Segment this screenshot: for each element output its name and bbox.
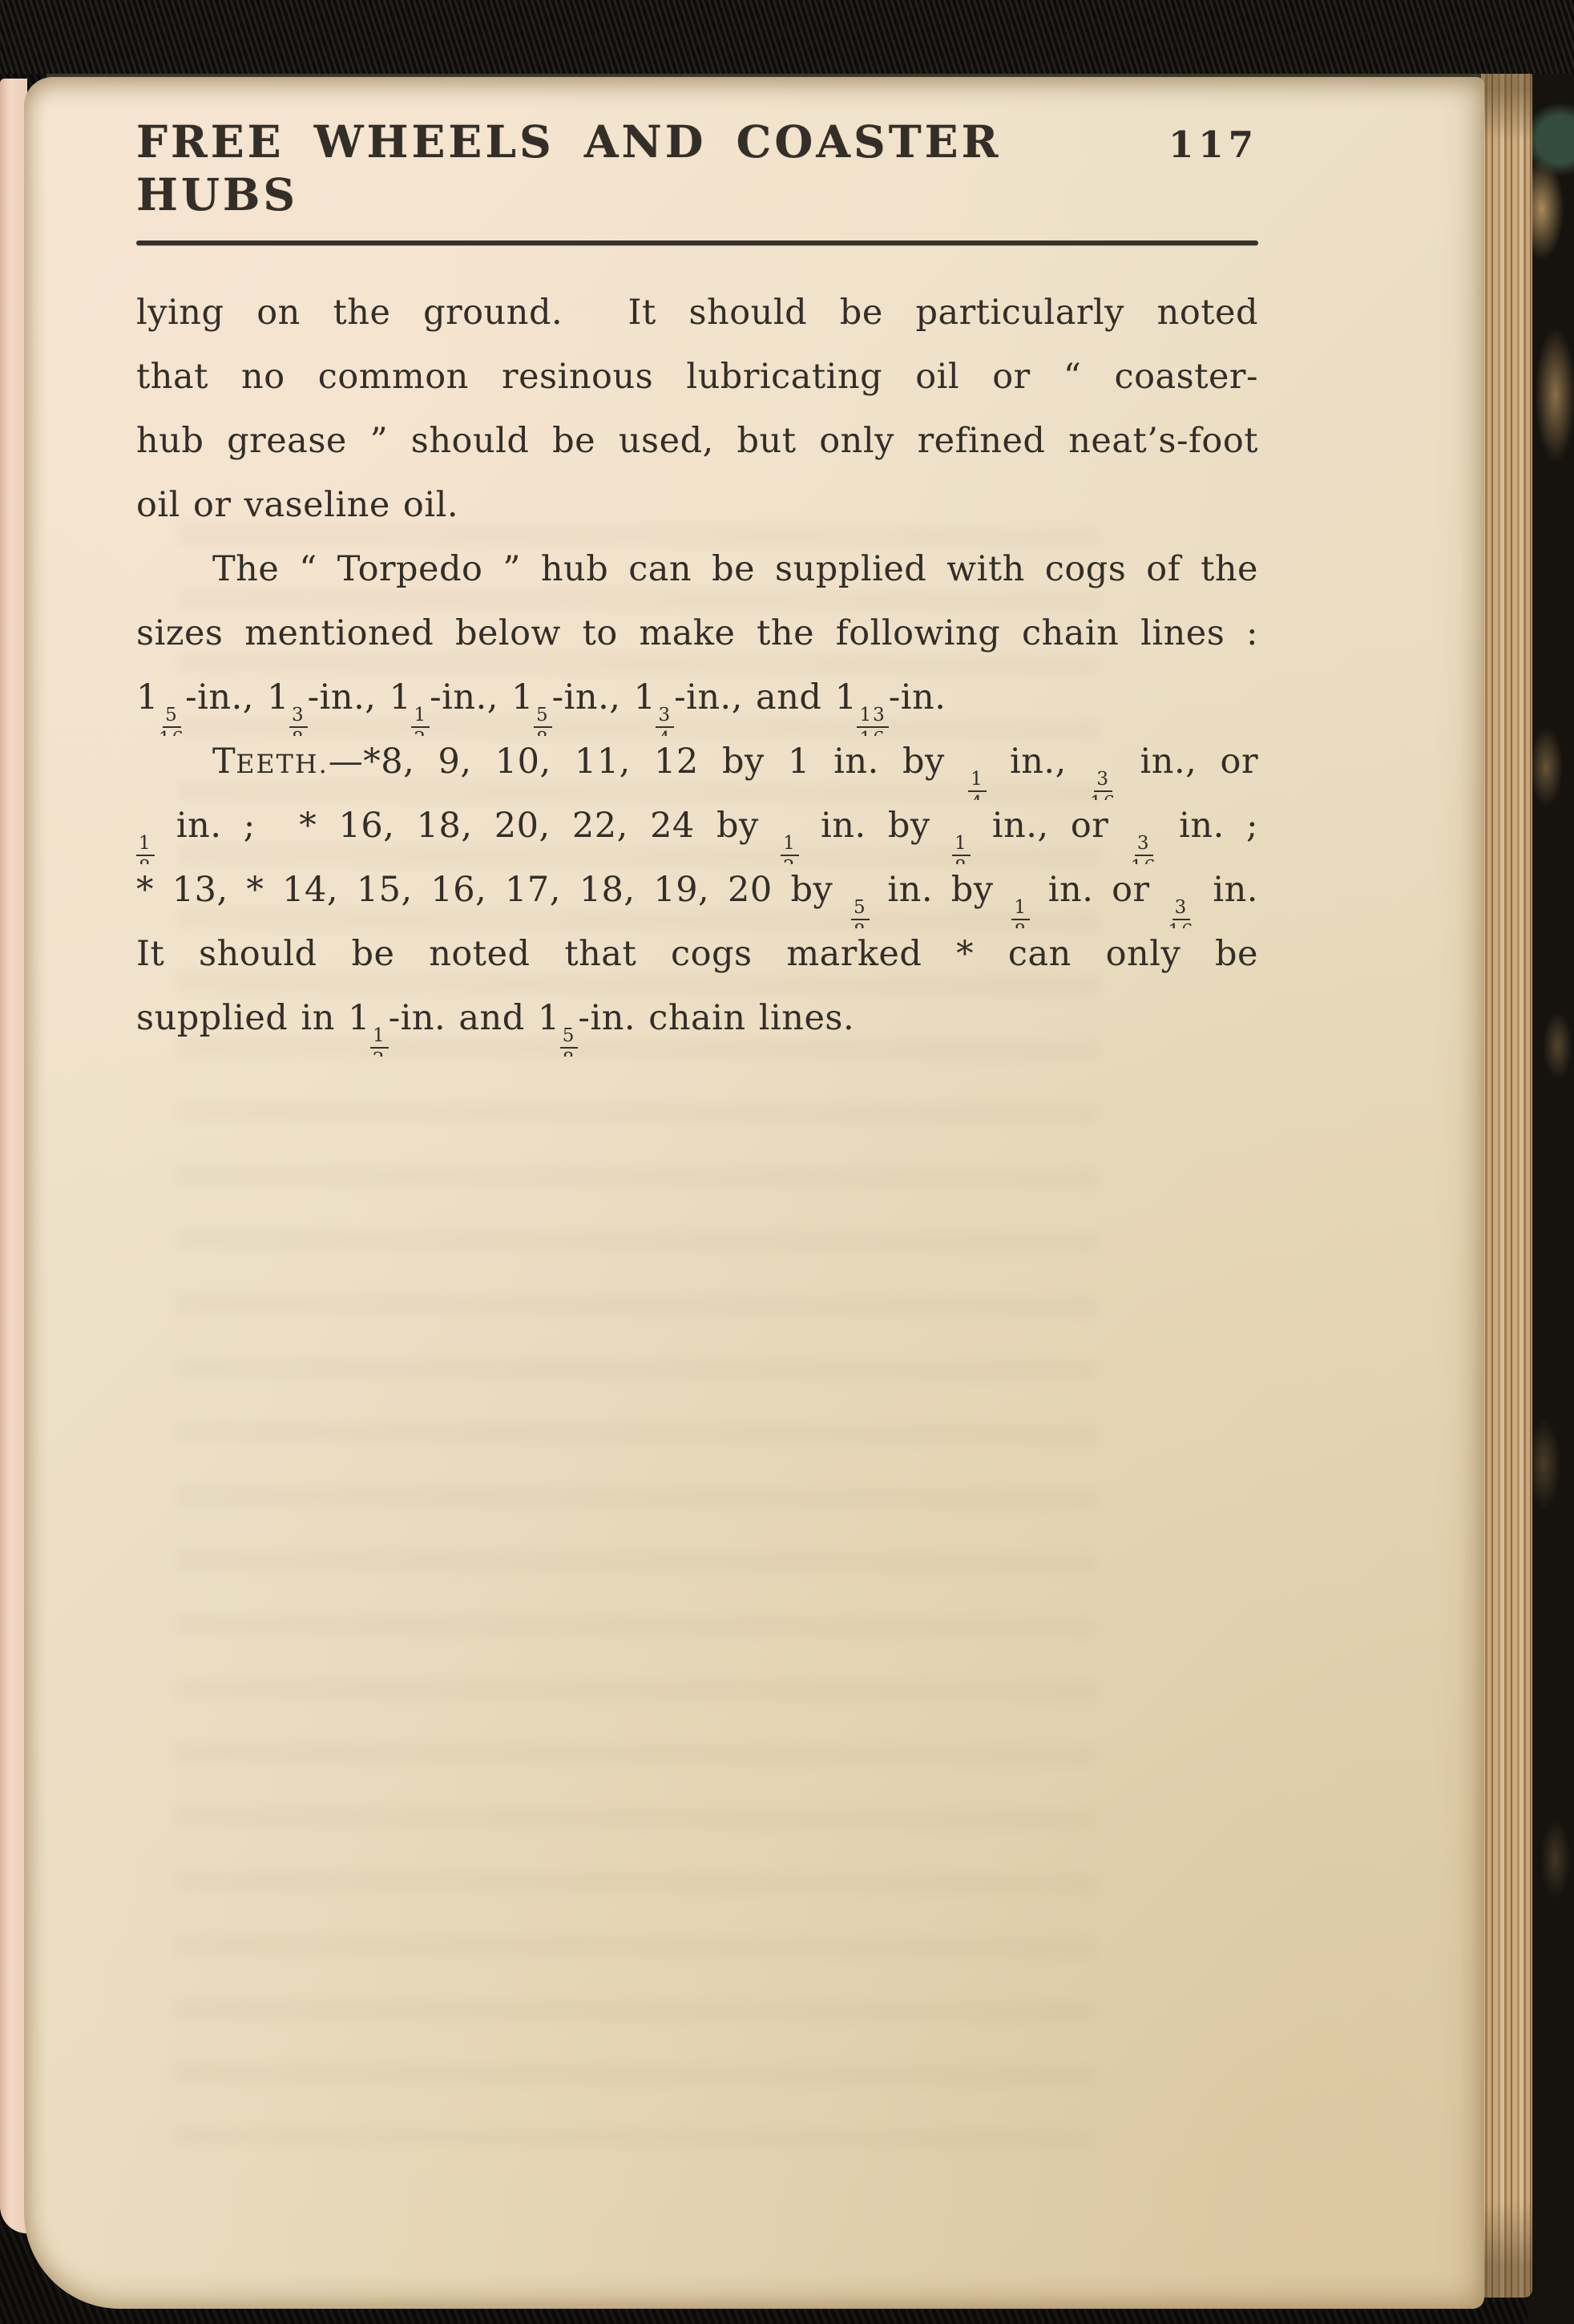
page-content: FREE WHEELS AND COASTER HUBS 117 lying o…	[136, 115, 1258, 1057]
book-page: FREE WHEELS AND COASTER HUBS 117 lying o…	[24, 77, 1484, 2309]
fraction: 12	[411, 706, 430, 736]
header-rule	[136, 240, 1258, 245]
fraction: 316	[1131, 835, 1157, 864]
page-number: 117	[1168, 119, 1258, 172]
fraction: 516	[159, 706, 185, 736]
fraction: 58	[851, 899, 870, 928]
page-fore-edge	[1481, 69, 1532, 2298]
text-line: TEETH.—*8, 9, 10, 11, 12 by 1 in. by 14 …	[136, 736, 1258, 800]
header-title: FREE WHEELS AND COASTER HUBS	[136, 115, 1168, 221]
text-line: 1516-in., 138-in., 112-in., 158-in., 134…	[136, 672, 1258, 736]
text-line: It should be noted that cogs marked * ca…	[136, 928, 1258, 992]
fraction: 34	[656, 706, 674, 736]
fraction: 18	[1011, 899, 1030, 928]
body-text: lying on the ground. It should be partic…	[136, 287, 1258, 1057]
text-line: hub grease ” should be used, but only re…	[136, 415, 1258, 479]
fraction: 316	[1168, 899, 1194, 928]
fraction: 1316	[857, 706, 888, 736]
text-line: * 13, * 14, 15, 16, 17, 18, 19, 20 by 58…	[136, 864, 1258, 928]
fraction: 18	[136, 835, 155, 864]
text-line: 18 in. ; * 16, 18, 20, 22, 24 by 12 in. …	[136, 800, 1258, 864]
text-line: The “ Torpedo ” hub can be supplied with…	[136, 544, 1258, 608]
book-cover-edge	[1528, 0, 1574, 2324]
text-line: oil or vaseline oil.	[136, 479, 1258, 544]
text-line: sizes mentioned below to make the follow…	[136, 608, 1258, 672]
fraction: 14	[968, 770, 987, 800]
small-caps-word: TEETH.	[212, 742, 329, 782]
fraction: 58	[534, 706, 552, 736]
fraction: 316	[1090, 770, 1116, 800]
fraction: 12	[781, 835, 799, 864]
fraction: 38	[289, 706, 308, 736]
fraction: 12	[370, 1027, 389, 1057]
book-scan: { "colors": { "paper": "#ece0c6", "ink":…	[0, 0, 1574, 2324]
adjacent-page-edge	[0, 79, 27, 2233]
fraction: 18	[952, 835, 971, 864]
running-header: FREE WHEELS AND COASTER HUBS 117	[136, 115, 1258, 221]
binding-strap-top	[0, 0, 1574, 74]
text-line: that no common resinous lubricating oil …	[136, 351, 1258, 415]
text-line: lying on the ground. It should be partic…	[136, 287, 1258, 351]
text-line: supplied in 112-in. and 158-in. chain li…	[136, 992, 1258, 1057]
fraction: 58	[560, 1027, 579, 1057]
